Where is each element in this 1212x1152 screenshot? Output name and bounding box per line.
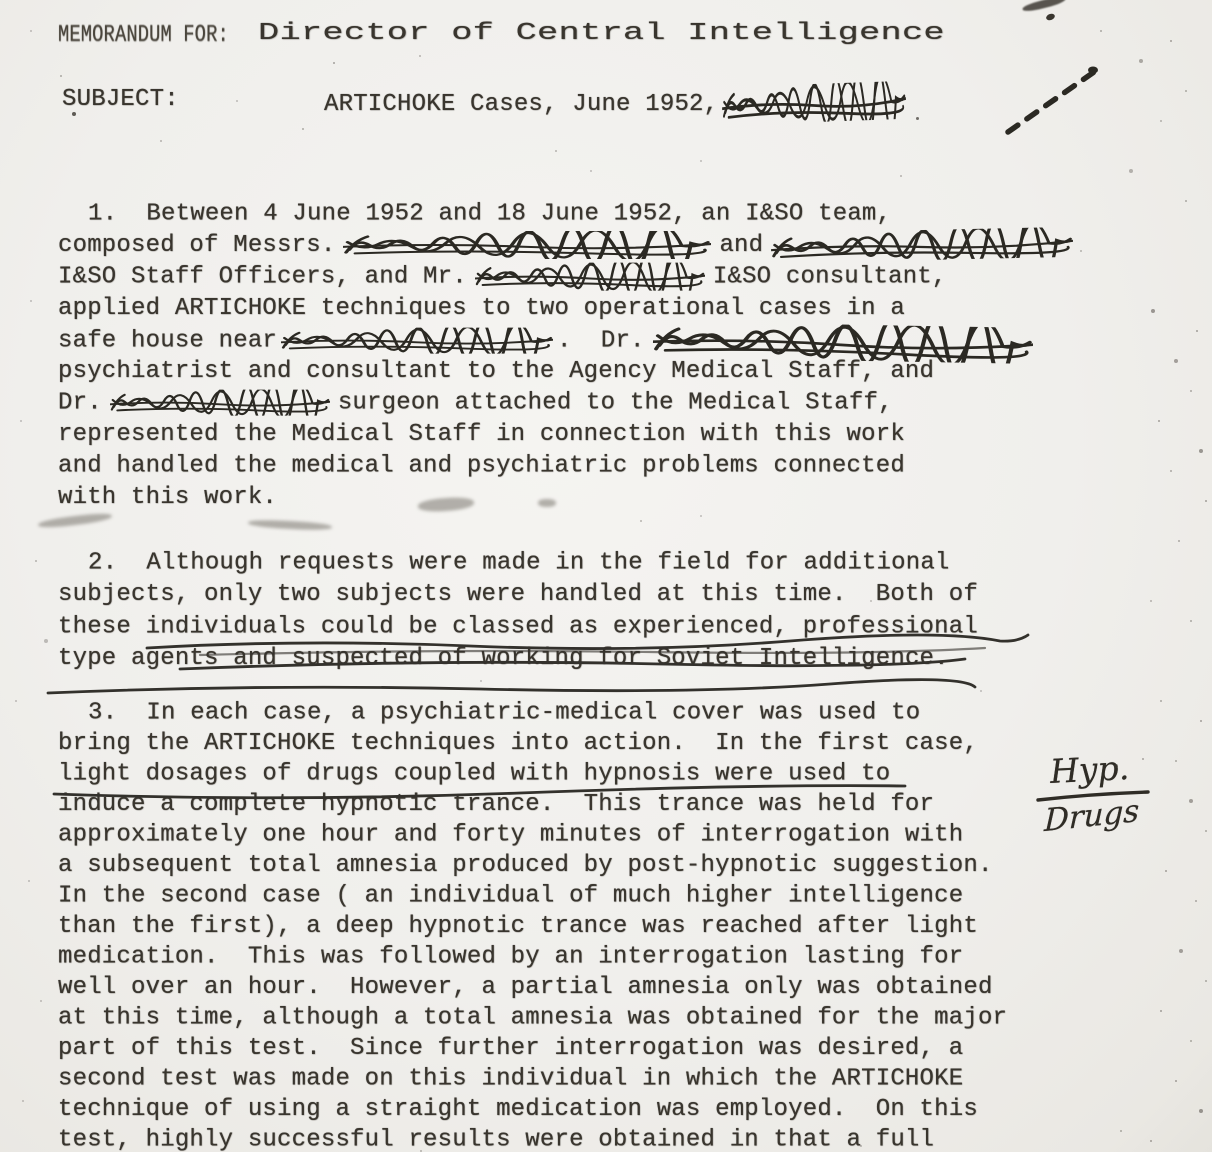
redaction-scribble [475, 263, 705, 291]
subject-label: SUBJECT: [62, 86, 179, 113]
scanned-memo-page: MEMORANDUM FOR: Director of Central Inte… [0, 0, 1212, 1152]
typed-text: . [934, 645, 949, 672]
typed-line: than the first), a deep hypnotic trance … [58, 912, 1168, 943]
underlined-passage: light dosages of drugs coupled with hypn… [58, 761, 774, 788]
typed-text: Dr. [58, 390, 102, 417]
typed-line: test, highly successful results were obt… [58, 1126, 1168, 1152]
paragraph-2: 2. Although requests were made in the fi… [58, 547, 1168, 675]
pencil-smudge [248, 519, 332, 531]
typed-line: type agents and suspected of working for… [58, 643, 1168, 675]
typed-text: used to [774, 761, 891, 788]
typed-text: composed of Messrs. [58, 232, 335, 259]
typed-line: and handled the medical and psychiatric … [58, 451, 1168, 483]
typed-line: bring the ARTICHOKE techniques into acti… [58, 729, 1168, 760]
typed-line: these individuals could be classed as ex… [58, 612, 1168, 644]
typed-line: induce a complete hypnotic trance. This … [58, 790, 1168, 821]
typed-line: subjects, only two subjects were handled… [58, 579, 1168, 611]
typed-line: technique of using a straight medication… [58, 1095, 1168, 1126]
typed-line: medication. This was followed by an inte… [58, 943, 1168, 974]
typed-line: at this time, although a total amnesia w… [58, 1004, 1168, 1035]
redaction-scribble [343, 231, 711, 259]
pencil-smudge [538, 499, 556, 507]
typed-line: well over an hour. However, a partial am… [58, 973, 1168, 1004]
underlined-passage: individuals could be classed as experien… [146, 614, 978, 641]
typed-line: light dosages of drugs coupled with hypn… [58, 760, 1168, 791]
typed-line: Dr.surgeon attached to the Medical Staff… [58, 388, 1168, 420]
typed-line: second test was made on this individual … [58, 1065, 1168, 1096]
struck-underlined-passage: suspected of working for Soviet Intellig… [292, 645, 935, 672]
typed-line: approximately one hour and forty minutes… [58, 821, 1168, 852]
redaction-scribble [771, 226, 1074, 262]
typed-text: I&SO consultant, [713, 264, 947, 291]
typed-line: represented the Medical Staff in connect… [58, 419, 1168, 451]
typed-text: . Dr. [557, 328, 645, 355]
dashed-pen-mark [1008, 72, 1094, 132]
typed-line: composed of Messrs.and [58, 230, 1168, 262]
scan-artifact-blob [72, 112, 76, 116]
ink-mark-top-edge [1022, 0, 1067, 13]
typed-line: In the second case ( an individual of mu… [58, 882, 1168, 913]
paragraph-1: 1. Between 4 June 1952 and 18 June 1952,… [58, 198, 1168, 513]
typed-text: safe house near [58, 328, 277, 355]
scan-artifact-blob [1045, 13, 1056, 22]
typed-line: part of this test. Since further interro… [58, 1034, 1168, 1065]
typed-line: a subsequent total amnesia produced by p… [58, 851, 1168, 882]
pen-blob [1088, 67, 1098, 74]
subject-line: ARTICHOKE Cases, June 1952, [324, 84, 914, 122]
typed-line: I&SO Staff Officers, and Mr.I&SO consult… [58, 262, 1168, 294]
typed-text: surgeon attached to the Medical Staff, [338, 390, 893, 417]
typed-line: 2. Although requests were made in the fi… [58, 548, 1168, 580]
scan-noise-speckles [0, 0, 2, 2]
typed-line: with this work. [58, 482, 1168, 514]
redaction-scribble [722, 81, 907, 125]
redaction-scribble [110, 390, 330, 416]
typed-text: and [719, 232, 763, 259]
typed-text: these [58, 614, 146, 641]
memo-for-value: Director of Central Intelligence [258, 20, 945, 47]
typed-text: I&SO Staff Officers, and Mr. [58, 264, 467, 291]
typed-line: applied ARTICHOKE techniques to two oper… [58, 293, 1168, 325]
redaction-scribble [281, 328, 553, 354]
typed-line: safe house near. Dr. [58, 325, 1168, 357]
redaction-scribble [652, 321, 1033, 364]
paragraph-3: 3. In each case, a psychiatric-medical c… [58, 698, 1168, 1152]
typed-line: 3. In each case, a psychiatric-medical c… [58, 699, 1168, 730]
pen-underline-p2-line4 [48, 680, 975, 693]
scan-artifact-blob [916, 117, 919, 120]
subject-value: ARTICHOKE Cases, June 1952, [324, 91, 718, 118]
typed-line: 1. Between 4 June 1952 and 18 June 1952,… [58, 199, 1168, 231]
memo-for-label: MEMORANDUM FOR: [58, 22, 229, 49]
underlined-passage: type agents and [58, 645, 292, 672]
pencil-smudge [38, 512, 113, 530]
handwritten-annotation-hyp: Hyp. [1049, 748, 1130, 791]
